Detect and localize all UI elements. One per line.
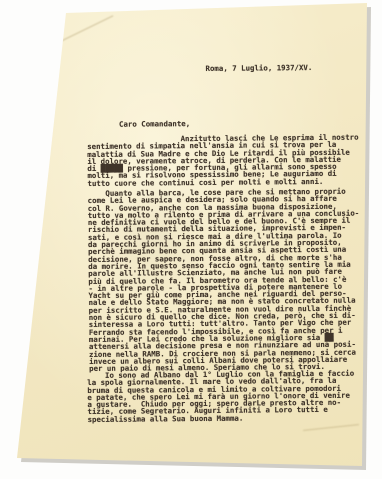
salutation: Caro Comandante, [119,120,190,128]
typewritten-text-block: Roma, 7 Luglio, 1937/XV. Caro Comandante… [0,0,382,479]
scanned-letter-background: Roma, 7 Luglio, 1937/XV. Caro Comandante… [0,0,382,479]
letter-paper: Roma, 7 Luglio, 1937/XV. Caro Comandante… [0,0,382,479]
letter-paragraph-1: Anzitutto lasci che Le esprima il nostro… [87,134,359,187]
letter-paragraph-2: Quanto alla barca, le cose pare che si m… [88,188,361,373]
letter-paragraph-3: Io sono ad Albano dal 1° Luglio con la f… [87,370,354,423]
date-line: Roma, 7 Luglio, 1937/XV. [205,64,312,72]
